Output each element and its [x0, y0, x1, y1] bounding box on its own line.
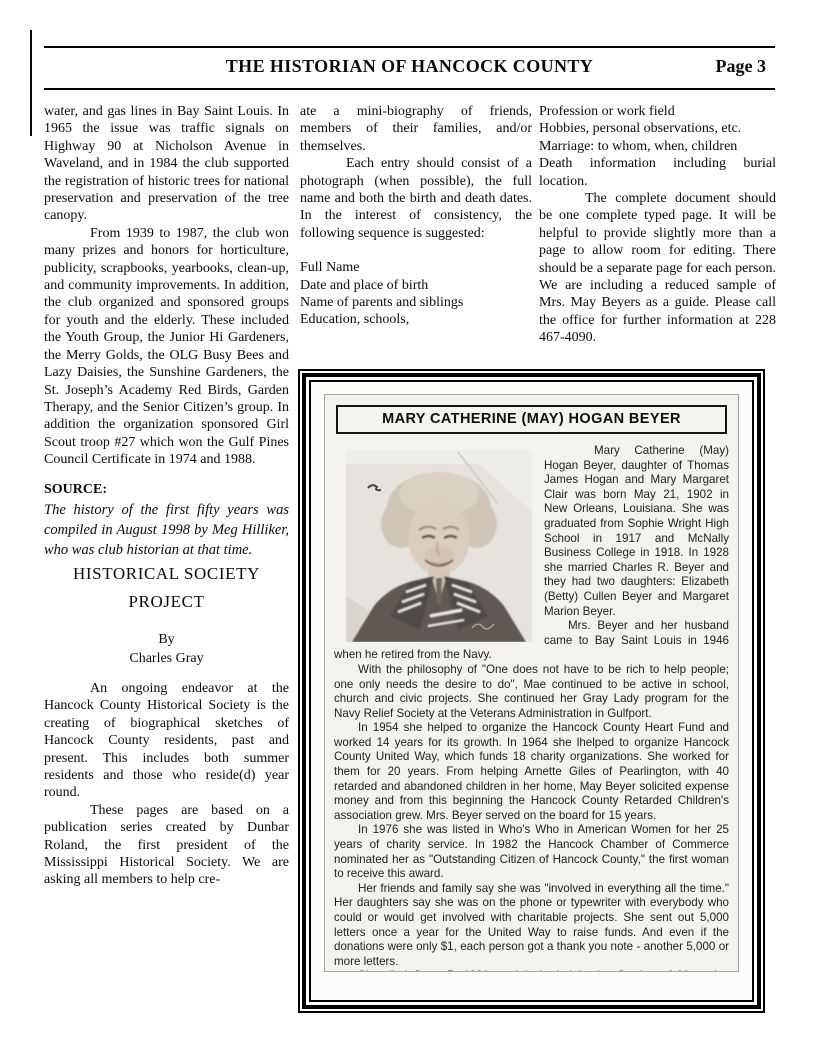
body-paragraph: An ongoing endeavor at the Hancock Count…	[44, 680, 289, 802]
list-item: Marriage: to whom, when, children	[539, 138, 776, 155]
news-clipping: MARY CATHERINE (MAY) HOGAN BEYER	[324, 394, 739, 972]
suggested-sequence-list: Full Name Date and place of birth Name o…	[300, 259, 532, 329]
section-heading: HISTORICAL SOCIETY PROJECT	[44, 560, 289, 616]
column-right: Profession or work field Hobbies, person…	[539, 103, 776, 347]
list-item: Education, schools,	[300, 311, 532, 328]
inset-frame: MARY CATHERINE (MAY) HOGAN BEYER	[298, 369, 765, 1013]
inset-frame-inner-border: MARY CATHERINE (MAY) HOGAN BEYER	[309, 380, 754, 1002]
list-item: Hobbies, personal observations, etc.	[539, 120, 776, 137]
body-paragraph: Each entry should consist of a photograp…	[300, 155, 532, 242]
bio-paragraph: Her friends and family say she was "invo…	[334, 882, 729, 970]
page-number: Page 3	[716, 56, 766, 77]
portrait-photo	[346, 450, 532, 642]
body-paragraph: From 1939 to 1987, the club won many pri…	[44, 225, 289, 469]
body-paragraph: The complete document should be one comp…	[539, 190, 776, 347]
clipping-body: Mary Catherine (May) Hogan Beyer, daught…	[334, 444, 729, 972]
page-title: THE HISTORIAN OF HANCOCK COUNTY	[44, 56, 775, 77]
header-rule-top	[44, 46, 775, 48]
column-left: water, and gas lines in Bay Saint Louis.…	[44, 103, 289, 889]
newsletter-page: THE HISTORIAN OF HANCOCK COUNTY Page 3 w…	[0, 0, 816, 1056]
bio-paragraph: With the philosophy of "One does not hav…	[334, 663, 729, 721]
column-middle: ate a mini-biography of friends, members…	[300, 103, 532, 329]
source-text: The history of the first fifty years was…	[44, 500, 289, 560]
list-item: Full Name	[300, 259, 532, 276]
list-item: Name of parents and siblings	[300, 294, 532, 311]
bio-paragraph: She died Sept. 5, 1991, and is buried in…	[334, 969, 729, 972]
byline-by: By	[44, 630, 289, 649]
scan-artifact-line	[30, 30, 32, 136]
header-rule-bottom	[44, 88, 775, 90]
list-item: Profession or work field	[539, 103, 776, 120]
list-item: Date and place of birth	[300, 277, 532, 294]
body-paragraph: These pages are based on a publication s…	[44, 802, 289, 889]
inset-frame-middle-border: MARY CATHERINE (MAY) HOGAN BEYER	[302, 373, 761, 1009]
source-heading: SOURCE:	[44, 481, 289, 498]
body-paragraph: water, and gas lines in Bay Saint Louis.…	[44, 103, 289, 225]
body-paragraph: ate a mini-biography of friends, members…	[300, 103, 532, 155]
byline-name: Charles Gray	[44, 649, 289, 668]
bio-paragraph: In 1976 she was listed in Who's Who in A…	[334, 823, 729, 881]
bio-paragraph: In 1954 she helped to organize the Hanco…	[334, 721, 729, 823]
clipping-title: MARY CATHERINE (MAY) HOGAN BEYER	[336, 405, 727, 434]
list-item: Death information including burial locat…	[539, 155, 776, 190]
